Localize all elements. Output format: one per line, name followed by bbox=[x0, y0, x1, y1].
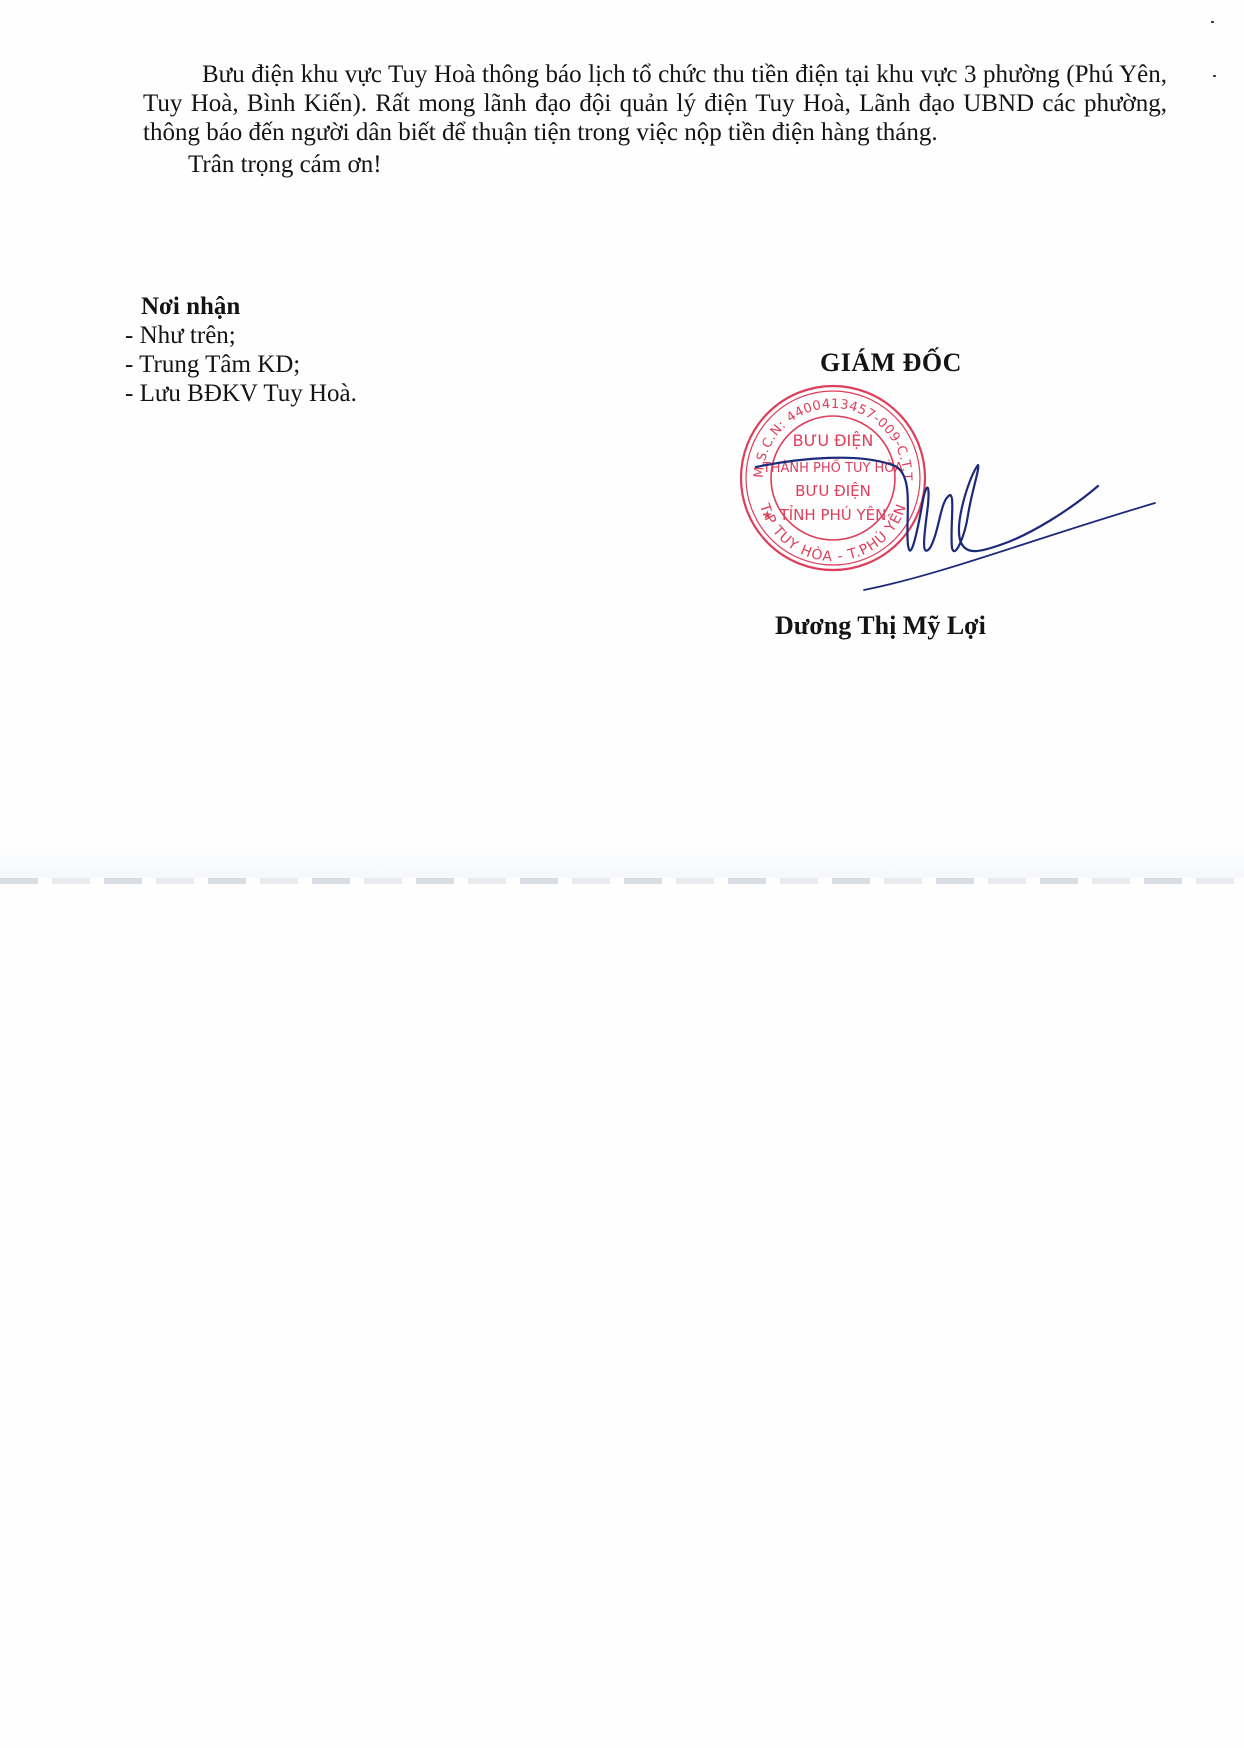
svg-text:★: ★ bbox=[762, 508, 773, 522]
fold-shadow bbox=[0, 842, 1244, 878]
scan-speck bbox=[1211, 21, 1214, 23]
signer-position-title: GIÁM ĐỐC bbox=[820, 348, 962, 378]
recipient-item: - Lưu BĐKV Tuy Hoà. bbox=[125, 379, 357, 408]
letter-body: Bưu điện khu vực Tuy Hoà thông báo lịch … bbox=[143, 60, 1167, 179]
paper-fold-line bbox=[0, 878, 1244, 884]
stamp-center-line: TỈNH PHÚ YÊN bbox=[779, 504, 887, 524]
recipient-item: - Như trên; bbox=[125, 321, 357, 350]
stamp-center-line: BƯU ĐIỆN bbox=[795, 481, 871, 500]
svg-text:T.P TUY HÒA - T.PHÚ YÊN: T.P TUY HÒA - T.PHÚ YÊN bbox=[756, 501, 911, 565]
handwritten-signature bbox=[756, 458, 1155, 590]
scan-speck bbox=[1213, 75, 1216, 77]
stamp-bottom-text: T.P TUY HÒA - T.PHÚ YÊN bbox=[756, 501, 911, 565]
document-page: Bưu điện khu vực Tuy Hoà thông báo lịch … bbox=[0, 0, 1244, 1748]
recipients-title: Nơi nhận bbox=[125, 292, 357, 321]
signer-name: Dương Thị Mỹ Lợi bbox=[775, 611, 986, 641]
closing-line: Trân trọng cám ơn! bbox=[143, 150, 1167, 179]
recipient-item: - Trung Tâm KD; bbox=[125, 350, 357, 379]
stamp-center-line: THÀNH PHỐ TUY HÒA bbox=[762, 459, 904, 476]
body-paragraph: Bưu điện khu vực Tuy Hoà thông báo lịch … bbox=[143, 60, 1167, 147]
recipients-block: Nơi nhận - Như trên; - Trung Tâm KD; - L… bbox=[125, 292, 357, 408]
stamp-center-line: BƯU ĐIỆN bbox=[793, 431, 874, 450]
